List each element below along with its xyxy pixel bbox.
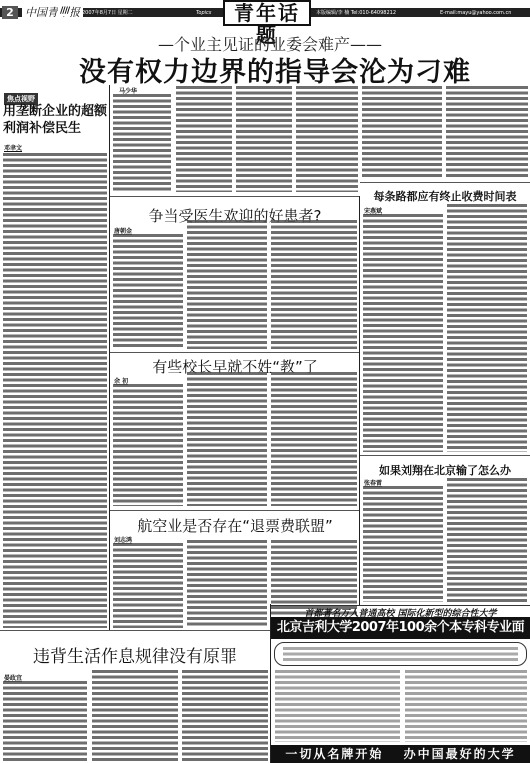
lead-body-col6: [446, 86, 528, 178]
article-body: [113, 234, 183, 349]
decorative-slashes: ////: [58, 6, 71, 16]
divider: [110, 196, 360, 197]
ad-body: [275, 670, 400, 742]
divider: [110, 352, 360, 353]
lead-body-col1: [113, 94, 171, 192]
article-headline: 航空业是否存在“退票费联盟”: [110, 515, 360, 536]
ad-slogan: 首都著名万人普通高校 国际化新型的综合性大学: [271, 605, 530, 617]
article-body: [113, 384, 183, 506]
section-english: Topics: [196, 10, 211, 16]
box-body: [363, 486, 443, 602]
article-body: [187, 372, 267, 506]
page-number: 2: [2, 6, 18, 19]
divider: [110, 510, 360, 511]
issue-date: 2007年8月7日 星期二: [82, 10, 133, 16]
ad-body: [405, 670, 527, 742]
editor-info: 本版编辑/李 楠 Tel:010-64098212: [316, 10, 396, 16]
box-headline: 每条路都应有终止收费时间表: [360, 188, 530, 204]
article-body: [187, 220, 267, 349]
article-body: [113, 543, 183, 628]
divider: [360, 455, 530, 456]
column-divider: [359, 196, 360, 606]
lead-body-col4: [296, 86, 358, 192]
box-body: [447, 478, 527, 602]
lead-headline: 没有权力边界的指导会沦为刁难: [60, 50, 490, 89]
left-column-body: [3, 153, 107, 628]
left-column-byline: 邓聿文: [4, 143, 22, 152]
ad-footer-left: 一切从名牌开始: [285, 747, 383, 761]
divider: [0, 630, 270, 631]
article-body: [271, 372, 357, 506]
ad-bullets-box: [274, 642, 527, 666]
box-body: [447, 204, 527, 452]
left-column-headline: 用垄断企业的超额利润补偿民生: [3, 103, 108, 137]
lead-body-col3: [236, 86, 292, 192]
article-body: [271, 220, 357, 349]
section-title: 青年话题: [223, 0, 311, 26]
box-headline: 如果刘翔在北京输了怎么办: [360, 462, 530, 478]
lead-body-col2: [176, 86, 232, 192]
ad-headline: 北京吉利大学2007年100余个本专科专业面向全国扩招: [271, 617, 530, 639]
article-body: [3, 681, 87, 761]
article-body: [92, 670, 178, 761]
article-headline: 违背生活作息规律没有原罪: [0, 642, 270, 667]
box-body: [363, 214, 443, 452]
ad-footer-right: 办中国最好的大学: [404, 747, 516, 761]
ad-footer: 一切从名牌开始 办中国最好的大学: [271, 745, 530, 763]
lead-body-col5: [362, 86, 442, 178]
article-body: [182, 670, 268, 761]
editor-email: E-mail:mayu@yahoo.com.cn: [440, 10, 511, 16]
paper-logo: 中国青年报: [22, 4, 83, 20]
article-body: [187, 540, 267, 628]
divider: [360, 182, 530, 183]
